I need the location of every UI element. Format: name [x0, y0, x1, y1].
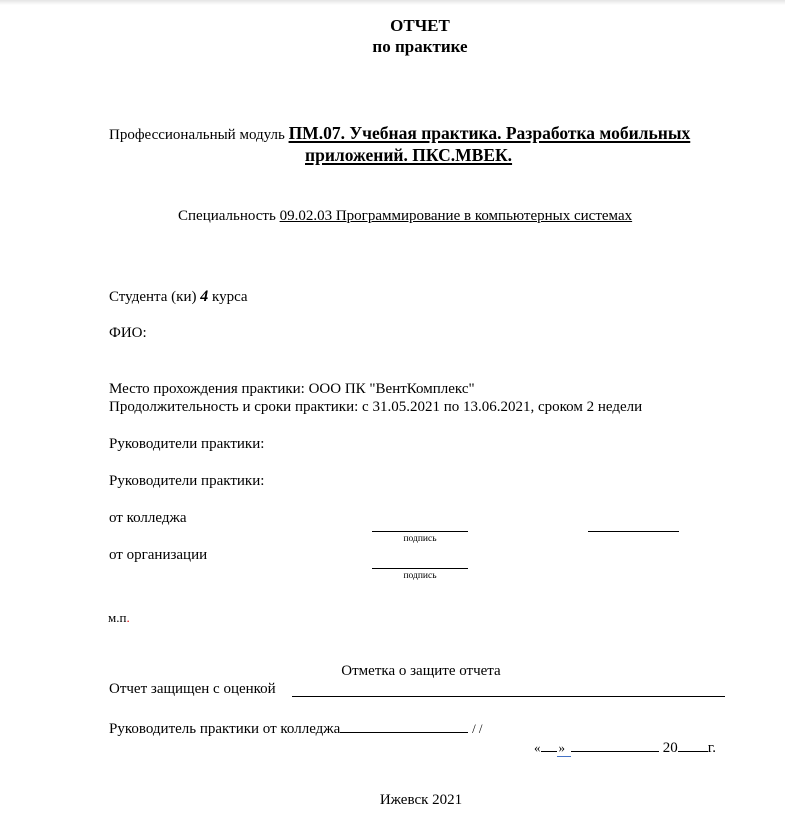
- college-supervisor-label: Руководитель практики от колледжа: [109, 721, 340, 737]
- footer-city-year: Ижевск 2021: [0, 793, 785, 808]
- from-organization-label: от организации: [109, 548, 207, 563]
- module-name-line2: приложений. ПКС.МВЕК.: [305, 145, 512, 165]
- slashes: / /: [472, 721, 482, 736]
- student-row: Студента (ки) 4 курса: [109, 289, 248, 305]
- day-blank-1: [541, 738, 557, 752]
- college-supervisor-row: Руководитель практики от колледжа / /: [109, 719, 483, 737]
- defense-heading: Отметка о защите отчета: [0, 664, 785, 679]
- stamp-row: м.п.: [108, 611, 130, 624]
- specialty-label: Специальность: [178, 208, 276, 224]
- day-close-quote-wrap: »: [557, 741, 572, 757]
- module-row-2: приложений. ПКС.МВЕК.: [305, 147, 512, 165]
- year-suffix: г.: [708, 740, 716, 756]
- report-subtitle: по практике: [0, 38, 785, 55]
- stamp-label: м.п: [108, 610, 126, 625]
- year-prefix: 20: [663, 740, 678, 756]
- college-signature-line: [372, 531, 468, 532]
- page-top-shadow: [0, 0, 785, 5]
- signature-caption-college: подпись: [372, 535, 468, 545]
- signature-caption-organization: подпись: [372, 572, 468, 582]
- from-college-label: от колледжа: [109, 511, 187, 526]
- specialty-value: 09.02.03 Программирование в компьютерных…: [280, 208, 633, 224]
- student-suffix: курса: [212, 289, 248, 305]
- college-supervisor-blank: [340, 719, 468, 733]
- fio-label: ФИО:: [109, 326, 147, 341]
- stamp-dot: .: [126, 610, 129, 625]
- practice-place: Место прохождения практики: ООО ПК "Вент…: [109, 382, 475, 397]
- grade-line: [292, 696, 725, 697]
- module-row: Профессиональный модуль ПМ.07. Учебная п…: [109, 125, 690, 143]
- year-blank: [678, 738, 708, 752]
- module-name-line1: ПМ.07. Учебная практика. Разработка моби…: [289, 123, 691, 143]
- date-row: «» 20г.: [534, 738, 716, 757]
- student-prefix: Студента (ки): [109, 289, 197, 305]
- course-number: 4: [200, 288, 208, 305]
- college-name-line: [588, 531, 679, 532]
- defended-label: Отчет защищен с оценкой: [109, 681, 276, 697]
- supervisors-label-2: Руководители практики:: [109, 474, 264, 489]
- specialty-row: Специальность 09.02.03 Программирование …: [178, 209, 632, 224]
- module-label: Профессиональный модуль: [109, 127, 285, 143]
- report-title: ОТЧЕТ: [0, 17, 785, 34]
- practice-duration: Продолжительность и сроки практики: с 31…: [109, 400, 642, 415]
- organization-signature-line: [372, 568, 468, 569]
- date-close-quote: »: [557, 740, 566, 755]
- supervisors-label-1: Руководители практики:: [109, 437, 264, 452]
- month-blank: [571, 738, 659, 752]
- defended-row: Отчет защищен с оценкой: [109, 682, 276, 697]
